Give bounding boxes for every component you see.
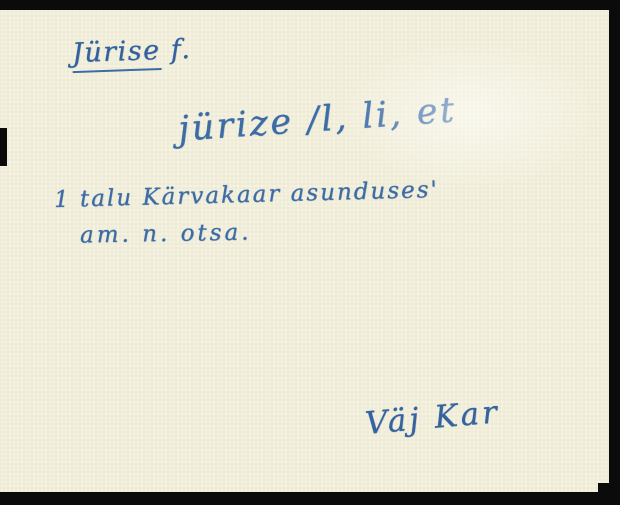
scan-edge-left-notch: [0, 128, 7, 166]
heading-underlined-word: Jürise: [71, 35, 161, 73]
scanned-card: { "card": { "heading": { "underlined_wor…: [0, 0, 620, 505]
handwritten-line-4: am. n. otsa.: [80, 220, 252, 249]
handwritten-line-2: jürize /l, li, et: [177, 90, 458, 149]
paper-background: Jürise f. jürize /l, li, et 1 talu Kärva…: [0, 0, 620, 505]
scan-edge-bottom: [0, 492, 620, 505]
heading-line: Jürise f.: [71, 34, 191, 69]
heading-suffix: f.: [160, 34, 192, 66]
scan-edge-corner: [598, 483, 620, 505]
scan-edge-right: [609, 0, 620, 505]
handwritten-line-3: 1 talu Kärvakaar asunduses': [54, 177, 439, 213]
signature: Väj Kar: [364, 394, 502, 442]
scan-edge-top: [0, 0, 620, 10]
